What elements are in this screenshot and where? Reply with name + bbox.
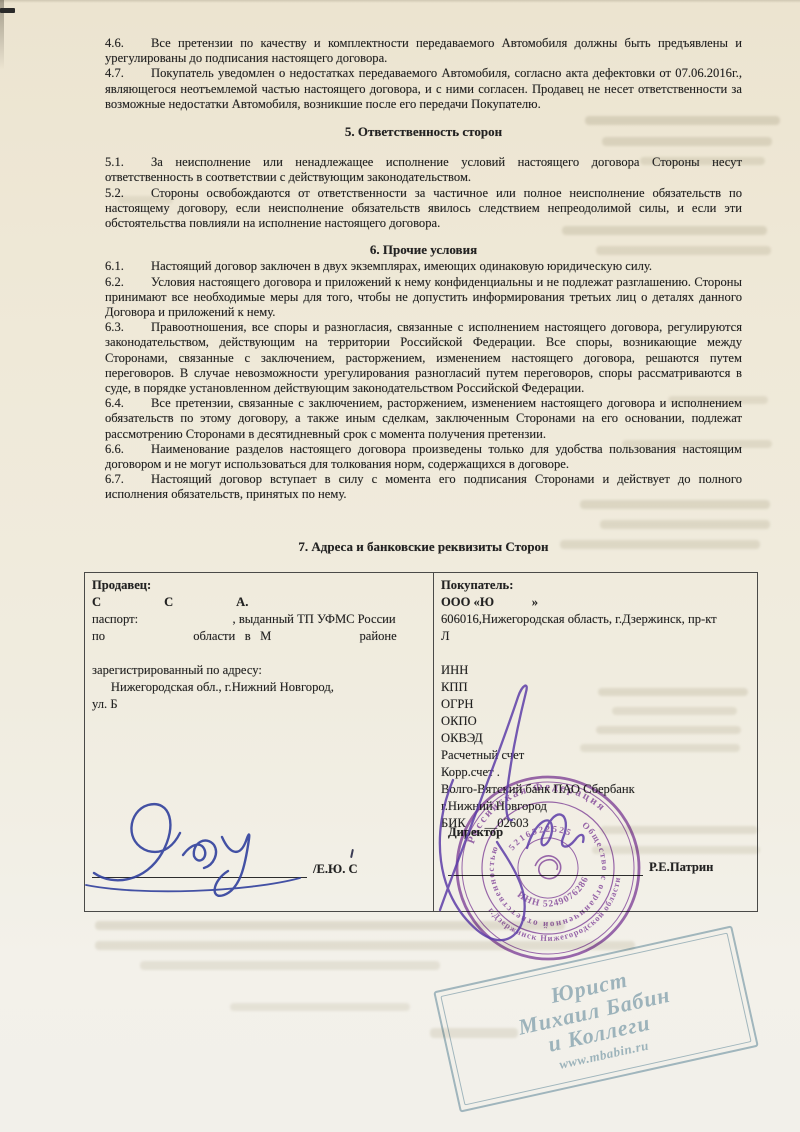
clause-text: Наименование разделов настоящего договор… xyxy=(105,442,742,471)
buyer-handwritten-signature xyxy=(415,672,685,964)
seller-line: зарегистрированный по адресу: xyxy=(92,662,426,679)
contract-body: 4.6.Все претензии по качеству и комплект… xyxy=(105,36,742,554)
clause-text: Все претензии по качеству и комплектност… xyxy=(105,36,742,65)
paragraph-4-7: 4.7.Покупатель уведомлен о недостатках п… xyxy=(105,66,742,112)
seller-line xyxy=(92,645,426,662)
paragraph-6-4: 6.4.Все претензии, связанные с заключени… xyxy=(105,396,742,442)
buyer-title: Покупатель: xyxy=(441,577,750,594)
clause-number: 6.1. xyxy=(105,259,151,274)
clause-text: За неисполнение или ненадлежащее исполне… xyxy=(105,155,742,184)
paragraph-6-6: 6.6.Наименование разделов настоящего дог… xyxy=(105,442,742,472)
bleed-through-text-artifact xyxy=(230,1003,410,1011)
bleed-through-text-artifact xyxy=(140,961,440,970)
scanned-contract-page: 4.6.Все претензии по качеству и комплект… xyxy=(0,0,800,1132)
paragraph-6-2: 6.2.Условия настоящего договора и прилож… xyxy=(105,275,742,321)
buyer-org: ООО «Ю » xyxy=(441,594,750,611)
seller-line: Нижегородская обл., г.Нижний Новгород, xyxy=(92,679,426,696)
clause-number: 6.4. xyxy=(105,396,151,411)
clause-number: 5.2. xyxy=(105,186,151,201)
clause-number: 6.7. xyxy=(105,472,151,487)
clause-number: 6.6. xyxy=(105,442,151,457)
buyer-line: Л xyxy=(441,628,750,645)
clause-text: Условия настоящего договора и приложений… xyxy=(105,275,742,319)
seller-line: ул. Б xyxy=(92,696,426,713)
seller-line: паспорт: , выданный ТП УФМС России xyxy=(92,611,426,628)
paragraph-6-3: 6.3.Правоотношения, все споры и разногла… xyxy=(105,320,742,396)
scan-top-shade xyxy=(0,0,800,3)
clause-number: 6.3. xyxy=(105,320,151,335)
seller-title: Продавец: xyxy=(92,577,426,594)
seller-name: С С А. xyxy=(92,594,426,611)
clause-text: Покупатель уведомлен о недостатках перед… xyxy=(105,66,742,110)
buyer-line xyxy=(441,645,750,662)
clause-text: Настоящий договор заключен в двух экземп… xyxy=(151,259,652,273)
scan-corner-artifact xyxy=(0,8,15,13)
paragraph-5-2: 5.2.Стороны освобождаются от ответственн… xyxy=(105,186,742,232)
clause-text: Все претензии, связанные с заключением, … xyxy=(105,396,742,440)
buyer-line: 606016,Нижегородская область, г.Дзержинс… xyxy=(441,611,750,628)
paragraph-5-1: 5.1.За неисполнение или ненадлежащее исп… xyxy=(105,155,742,185)
clause-text: Настоящий договор вступает в силу с моме… xyxy=(105,472,742,501)
clause-text: Правоотношения, все споры и разногласия,… xyxy=(105,320,742,395)
clause-text: Стороны освобождаются от ответственности… xyxy=(105,186,742,230)
clause-number: 4.7. xyxy=(105,66,151,81)
clause-number: 6.2. xyxy=(105,275,151,290)
section-6-heading: 6. Прочие условия xyxy=(105,242,742,257)
section-5-heading: 5. Ответственность сторон xyxy=(105,124,742,139)
seller-line: по области в М районе xyxy=(92,628,426,645)
clause-number: 5.1. xyxy=(105,155,151,170)
paragraph-4-6: 4.6.Все претензии по качеству и комплект… xyxy=(105,36,742,66)
section-7-heading: 7. Адреса и банковские реквизиты Сторон xyxy=(105,539,742,554)
clause-number: 4.6. xyxy=(105,36,151,51)
seller-handwritten-signature xyxy=(80,793,320,905)
paragraph-6-7: 6.7.Настоящий договор вступает в силу с … xyxy=(105,472,742,502)
paragraph-6-1: 6.1.Настоящий договор заключен в двух эк… xyxy=(105,259,742,274)
